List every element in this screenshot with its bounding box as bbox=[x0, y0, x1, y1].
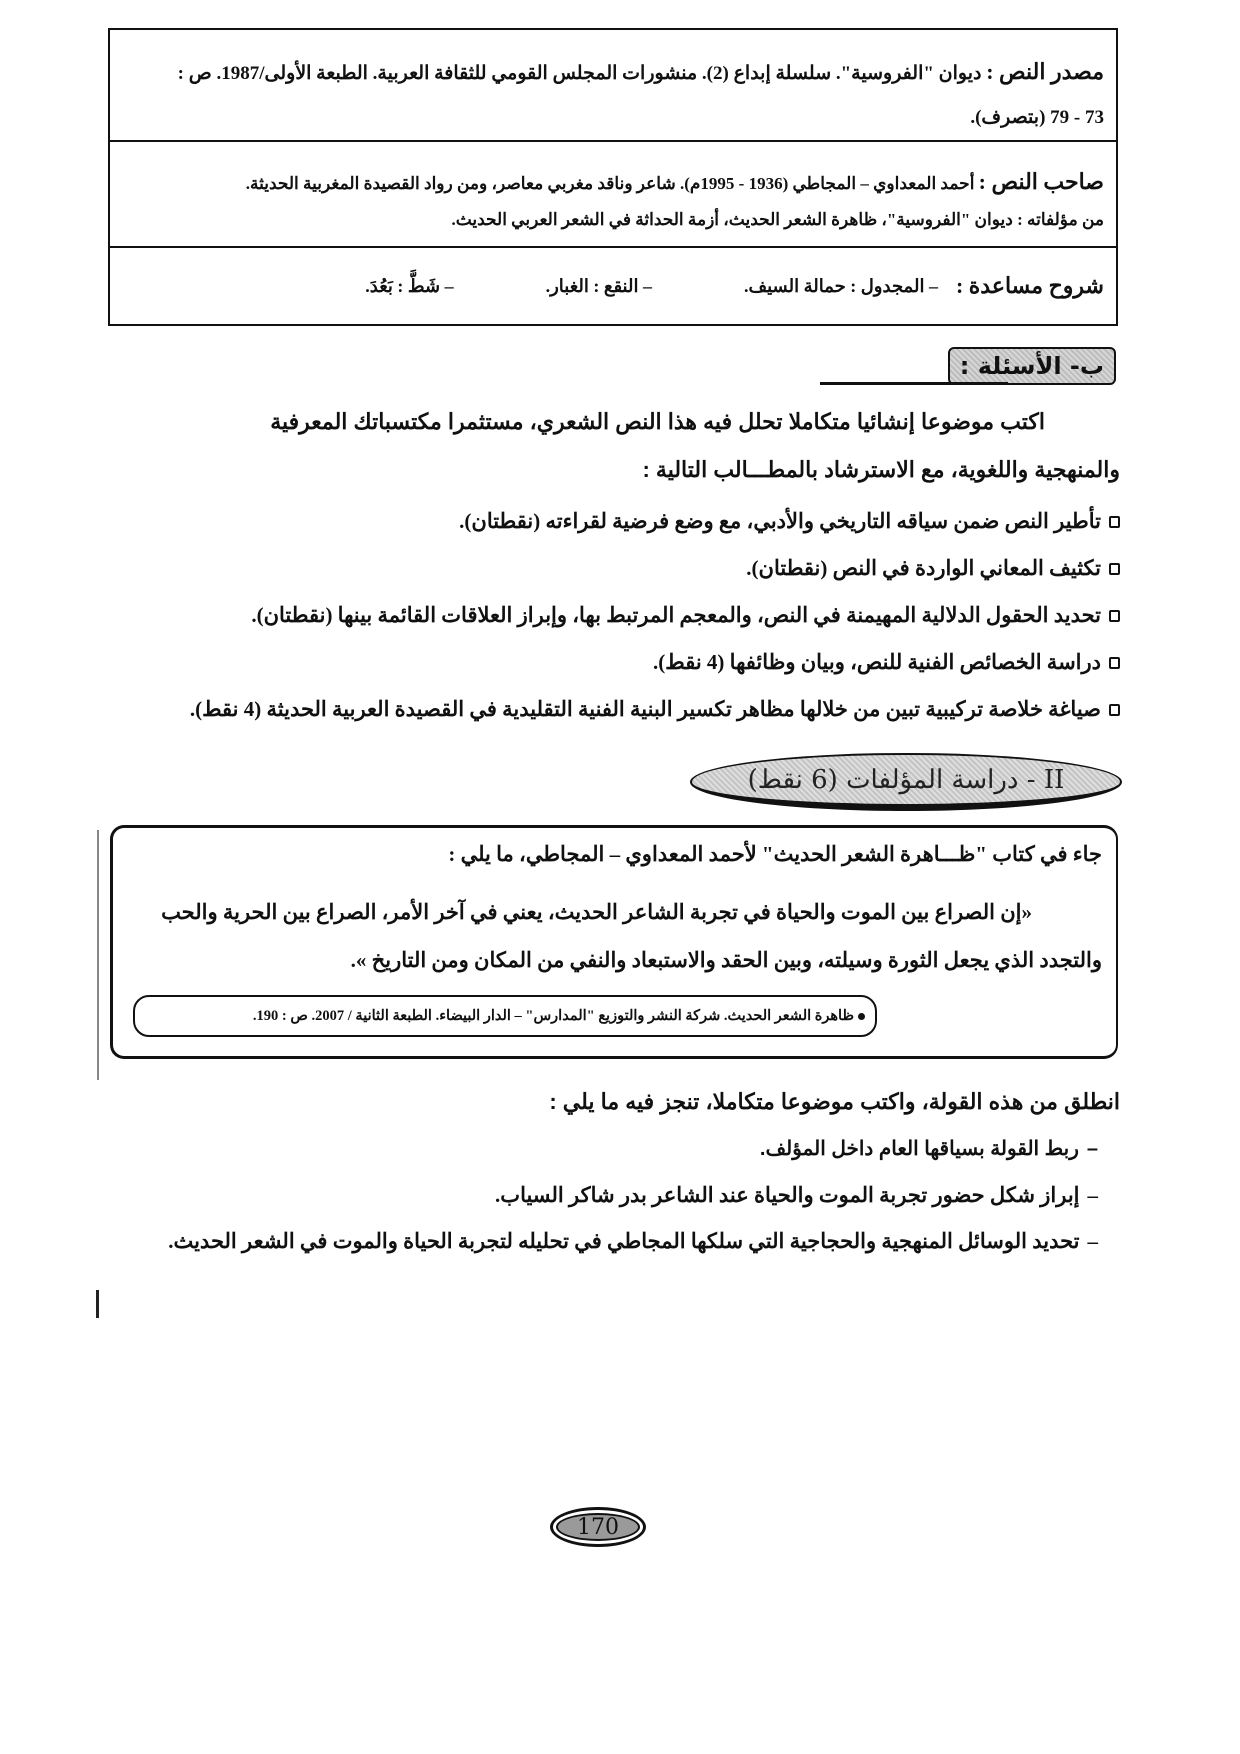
requirements-list: تأطير النص ضمن سياقه التاريخي والأدبي، م… bbox=[110, 498, 1120, 733]
section-b-title: ب- الأسئلة : bbox=[948, 347, 1116, 385]
glossary-row: شروح مساعدة : – المجدول : حمالة السيف. –… bbox=[110, 248, 1116, 324]
essay-prompt-line-2: والمنهجية واللغوية، مع الاسترشاد بالمطــ… bbox=[115, 446, 1120, 494]
text-info-table: مصدر النص : ديوان "الفروسية". سلسلة إبدا… bbox=[108, 28, 1118, 326]
quote-intro: جاء في كتاب "ظـــاهرة الشعر الحديث" لأحم… bbox=[448, 842, 1102, 867]
square-bullet-icon bbox=[1109, 704, 1120, 716]
quote-text: «إن الصراع بين الموت والحياة في تجربة ال… bbox=[125, 888, 1102, 984]
square-bullet-icon bbox=[1109, 610, 1120, 622]
section-ii-heading: II - دراسة المؤلفات (6 نقط) bbox=[690, 753, 1122, 811]
text-author-line-1: صاحب النص : أحمد المعداوي – المجاطي (193… bbox=[122, 164, 1104, 202]
quote-box: جاء في كتاب "ظـــاهرة الشعر الحديث" لأحم… bbox=[110, 825, 1118, 1059]
text-author-works: من مؤلفاته : ديوان "الفروسية"، ظاهرة الش… bbox=[122, 202, 1104, 238]
citation-text: ظاهرة الشعر الحديث. شركة النشر والتوزيع … bbox=[253, 1008, 854, 1025]
list-item: تأطير النص ضمن سياقه التاريخي والأدبي، م… bbox=[110, 498, 1120, 545]
text-source-line-1: مصدر النص : ديوان "الفروسية". سلسلة إبدا… bbox=[122, 50, 1104, 96]
text-source-label: مصدر النص : bbox=[986, 59, 1104, 84]
essay-prompt: اكتب موضوعا إنشائيا متكاملا تحلل فيه هذا… bbox=[115, 398, 1120, 494]
citation-box: ظاهرة الشعر الحديث. شركة النشر والتوزيع … bbox=[133, 995, 877, 1037]
section-ii-title: II - دراسة المؤلفات (6 نقط) bbox=[690, 753, 1122, 811]
square-bullet-icon bbox=[1109, 563, 1120, 575]
quote-line-1: «إن الصراع بين الموت والحياة في تجربة ال… bbox=[125, 888, 1102, 936]
essay-prompt-line-1: اكتب موضوعا إنشائيا متكاملا تحلل فيه هذا… bbox=[115, 398, 1120, 446]
page-edge-mark bbox=[96, 1290, 99, 1318]
list-item: دراسة الخصائص الفنية للنص، وبيان وظائفها… bbox=[110, 639, 1120, 686]
square-bullet-icon bbox=[1109, 516, 1120, 528]
list-item: –تحديد الوسائل المنهجية والحجاجية التي س… bbox=[110, 1218, 1098, 1264]
list-item: تكثيف المعاني الواردة في النص (نقطتان). bbox=[110, 545, 1120, 592]
text-source-line-2: 73 - 79 (بتصرف). bbox=[122, 96, 1104, 140]
list-item: –إبراز شكل حضور تجربة الموت والحياة عند … bbox=[110, 1172, 1098, 1218]
tasks-intro: انطلق من هذه القولة، واكتب موضوعا متكامل… bbox=[110, 1082, 1120, 1122]
glossary-item: – المجدول : حمالة السيف. bbox=[744, 276, 938, 297]
glossary-item: – شَطَّ : بَعُدَ. bbox=[365, 276, 453, 297]
quote-line-2: والتجدد الذي يجعل الثورة وسيلته، وبين ال… bbox=[125, 936, 1102, 984]
glossary-label: شروح مساعدة : bbox=[956, 273, 1104, 299]
list-item: –ربط القولة بسياقها العام داخل المؤلف. bbox=[110, 1126, 1098, 1172]
tasks-list: –ربط القولة بسياقها العام داخل المؤلف. –… bbox=[110, 1126, 1110, 1264]
text-author-row: صاحب النص : أحمد المعداوي – المجاطي (193… bbox=[110, 142, 1116, 248]
text-author-label: صاحب النص : bbox=[979, 169, 1104, 194]
square-bullet-icon bbox=[1109, 657, 1120, 669]
glossary-item: – النقع : الغبار. bbox=[546, 276, 652, 297]
page-number-badge: 170 bbox=[550, 1507, 646, 1547]
heading-underline bbox=[820, 382, 1008, 385]
text-source-row: مصدر النص : ديوان "الفروسية". سلسلة إبدا… bbox=[110, 30, 1116, 142]
section-b-heading: ب- الأسئلة : bbox=[820, 345, 1118, 389]
list-item: تحديد الحقول الدلالية المهيمنة في النص، … bbox=[110, 592, 1120, 639]
list-item: صياغة خلاصة تركيبية تبين من خلالها مظاهر… bbox=[110, 686, 1120, 733]
bullet-dot-icon bbox=[858, 1013, 865, 1020]
page-edge-mark bbox=[97, 830, 99, 1080]
page-number: 170 bbox=[556, 1513, 640, 1541]
